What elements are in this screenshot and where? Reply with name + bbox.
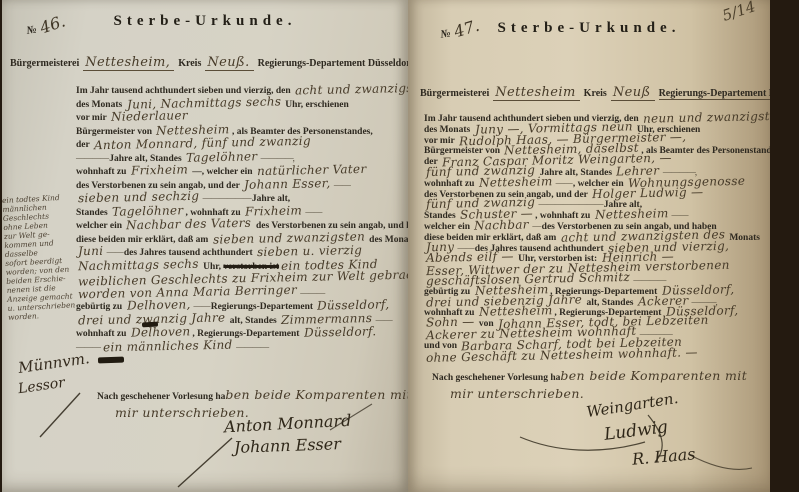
ink-blot	[98, 357, 124, 364]
handwritten-text: acht und zwanzigsten	[295, 82, 408, 98]
municipality-line: Bürgermeisterei Nettesheim, Kreis Neuß. …	[10, 53, 408, 71]
handwritten-text: ben beide Komparenten mit	[225, 387, 408, 402]
department-label: Regierungs-Departement Düsseldorf.	[258, 58, 408, 69]
handwritten-text: Holger Ludwig —	[592, 186, 704, 199]
body-line: welcher ein Nachbar des Vaters des Verst…	[76, 217, 408, 231]
district-value: Neuß.	[205, 55, 253, 71]
printed-text: vor mir	[76, 113, 109, 123]
printed-text: Standes	[76, 208, 110, 218]
page-right-record-47: № 47. Sterbe-Urkunde. 5/14 Bürgermeister…	[408, 0, 770, 492]
body-line: worden von Anna Maria Berringer ———	[76, 285, 408, 299]
body-line: vor mir Niederlauer	[76, 109, 408, 123]
margin-annotation: ein todtes KindmännlichenGeschlechtsohne…	[2, 192, 82, 322]
municipality-label: Bürgermeisterei	[420, 88, 489, 99]
body-line: wohnhaft zu Nettesheim —— , welcher ein …	[424, 177, 770, 188]
dash-rule: ——	[304, 207, 321, 217]
handwritten-text: Nettesheim	[595, 208, 669, 220]
dash-rule: ——	[374, 315, 391, 325]
body-line: ohne Geschäft zu Nettesheim wohnhaft. —	[424, 350, 770, 361]
dash-rule: ———	[299, 288, 324, 298]
body-line: wohnhaft zu Frixheim —, welcher ein natü…	[76, 163, 408, 177]
handwritten-text: Frixheim	[245, 204, 302, 219]
printed-text: wohnhaft zu	[76, 167, 129, 177]
printed-text: Regierungs-Departement	[211, 302, 316, 312]
dash-rule: ————	[632, 275, 665, 285]
handwritten-text: Frixheim	[131, 163, 188, 178]
printed-text: Nach geschehener Vorlesung ha	[432, 373, 560, 383]
municipality-value: Nettesheim,	[83, 55, 174, 71]
signature-witness-2: Ludwig	[603, 417, 669, 445]
dash-rule: —	[531, 221, 542, 231]
printed-text: welcher ein	[76, 221, 124, 231]
printed-text: alt, Standes	[227, 316, 279, 326]
handwritten-text: Düsseldorf.	[304, 325, 377, 340]
signature-declarant-2: Johann Esser	[234, 434, 341, 457]
handwritten-text: Johann Esser,	[244, 177, 331, 192]
handwritten-text: ein männliches Kind	[103, 338, 233, 354]
dash-rule: ————	[235, 342, 268, 352]
body-line: Bürgermeister von Nettesheim, als Beamte…	[76, 123, 408, 137]
printed-text: gebürtig zu	[76, 302, 125, 312]
printed-text: wohnhaft zu	[76, 329, 129, 339]
dash-rule: ——	[192, 301, 211, 311]
document-title: Sterbe-Urkunde.	[2, 13, 408, 30]
district-label: Kreis	[178, 58, 201, 69]
dash-rule: ————	[76, 153, 109, 163]
closing-statement: Nach geschehener Vorlesung haben beide K…	[432, 367, 747, 403]
printed-text: —, welcher ein	[190, 167, 255, 177]
signature-mayor: R. Haas	[631, 444, 696, 468]
dash-rule: ——	[554, 178, 573, 188]
handwritten-text: Nettesheim	[479, 176, 553, 188]
handwritten-text: Nachbar des Vaters	[126, 217, 251, 233]
handwritten-text: Juni	[78, 245, 104, 259]
printed-text: Bürgermeister von	[76, 127, 154, 137]
printed-text: Nach geschehener Vorlesung ha	[97, 392, 225, 402]
body-line: sieben und sechzig —————— Jahre alt,	[76, 190, 408, 204]
margin-signature: Münnvm.	[17, 349, 91, 377]
body-line: der Anton Monnard, fünf und zwanzig	[76, 136, 408, 150]
district-value: Neuß	[611, 85, 655, 101]
ink-blot	[142, 322, 158, 328]
handwritten-text: Niederlauer	[111, 109, 188, 124]
body-line: drei und zwanzig Jahre alt, Standes Zimm…	[76, 312, 408, 326]
page-left-record-46: № 46. Sterbe-Urkunde. Bürgermeisterei Ne…	[2, 0, 408, 492]
dash-rule: ————,	[259, 153, 294, 163]
printed-text: Jahre alt,	[252, 194, 290, 204]
dash-rule: ——————	[201, 193, 252, 203]
district-label: Kreis	[584, 88, 607, 99]
municipality-label: Bürgermeisterei	[10, 58, 79, 69]
printed-text: Uhr,	[201, 262, 224, 272]
printed-text: Monats	[727, 233, 760, 243]
body-line: des Monats Juni, Nachmittags sechs Uhr, …	[76, 96, 408, 110]
printed-text: des Monats	[76, 100, 125, 110]
handwritten-text: Nachbar	[474, 219, 529, 231]
handwritten-text: ohne Geschäft zu Nettesheim wohnhaft. —	[426, 347, 698, 363]
certificate-body: Im Jahr tausend achthundert sieben und v…	[76, 82, 408, 352]
body-line: ——— ein männliches Kind ————	[76, 339, 408, 353]
dash-rule: ——	[105, 247, 124, 257]
municipality-value: Nettesheim	[493, 85, 579, 101]
document-title: Sterbe-Urkunde.	[408, 20, 770, 37]
scanned-death-register-spread: № 46. Sterbe-Urkunde. Bürgermeisterei Ne…	[0, 0, 799, 492]
dash-rule: ——	[333, 180, 350, 190]
handwritten-text: ben beide Komparenten mit	[560, 368, 747, 383]
body-line: weiblichen Geschlechts zu Frixheim zur W…	[76, 271, 408, 285]
handwritten-text: mir unterschrieben.	[450, 386, 584, 401]
printed-text: des Monats	[367, 235, 408, 245]
handwritten-text: Nachmittags sechs	[78, 257, 199, 273]
body-line: des Verstorbenen zu sein angab, und der …	[76, 177, 408, 191]
body-line: Im Jahr tausend achthundert sieben und v…	[76, 82, 408, 96]
printed-text: der	[76, 140, 92, 150]
department-label: Regierungs-Departement Düsseldorf.	[659, 88, 770, 100]
certificate-body: Im Jahr tausend achthundert sieben und v…	[424, 112, 770, 360]
municipality-line: Bürgermeisterei Nettesheim Kreis Neuß Re…	[420, 83, 770, 101]
dash-rule: ——	[670, 210, 687, 220]
printed-text: Uhr, erschienen	[283, 100, 349, 110]
margin-signature: Lessor	[17, 375, 66, 397]
handwritten-text: neun und zwanzigsten, —	[643, 110, 770, 124]
handwritten-text: Tagelöhner	[186, 150, 258, 165]
